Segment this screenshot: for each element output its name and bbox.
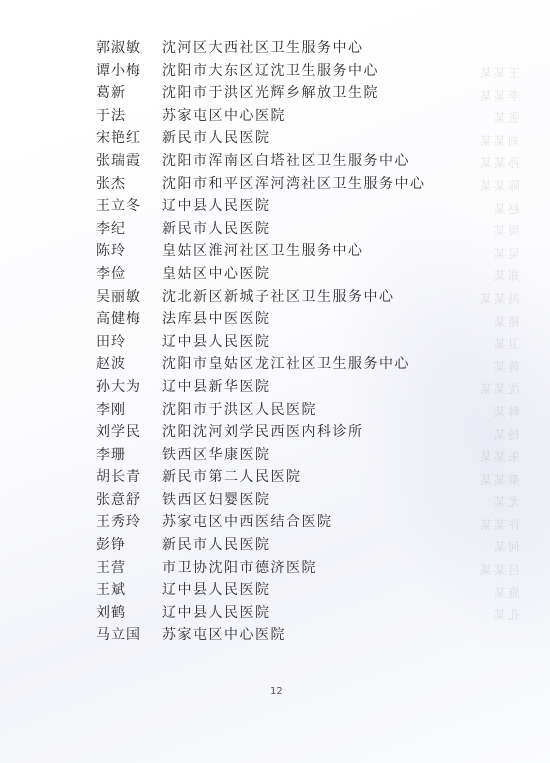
organization: 新民市人民医院 bbox=[162, 127, 271, 150]
person-name: 刘学民 bbox=[96, 421, 162, 444]
list-item: 吴丽敏沈北新区新城子社区卫生服务中心 bbox=[96, 286, 456, 309]
person-name: 王斌 bbox=[96, 579, 162, 602]
person-name: 高健梅 bbox=[96, 308, 162, 331]
organization: 沈阳市浑南区白塔社区卫生服务中心 bbox=[162, 150, 410, 173]
list-item: 刘学民沈阳沈河刘学民西医内科诊所 bbox=[96, 421, 456, 444]
organization: 沈阳市大东区辽沈卫生服务中心 bbox=[162, 60, 379, 83]
organization: 新民市人民医院 bbox=[162, 218, 271, 241]
page-number: 12 bbox=[270, 686, 283, 697]
person-name: 郭淑敏 bbox=[96, 37, 162, 60]
organization: 沈河区大西社区卫生服务中心 bbox=[162, 37, 364, 60]
list-item: 王营市卫协沈阳市德济医院 bbox=[96, 557, 456, 580]
list-item: 王斌辽中县人民医院 bbox=[96, 579, 456, 602]
person-name: 张瑞霞 bbox=[96, 150, 162, 173]
person-name: 葛新 bbox=[96, 82, 162, 105]
organization: 辽中县人民医院 bbox=[162, 602, 271, 625]
organization: 沈北新区新城子社区卫生服务中心 bbox=[162, 286, 395, 309]
person-name: 李刚 bbox=[96, 399, 162, 422]
person-name: 张杰 bbox=[96, 173, 162, 196]
person-name: 于法 bbox=[96, 105, 162, 128]
list-item: 于法苏家屯区中心医院 bbox=[96, 105, 456, 128]
organization: 新民市第二人民医院 bbox=[162, 466, 302, 489]
organization: 辽中县人民医院 bbox=[162, 331, 271, 354]
person-name: 李珊 bbox=[96, 444, 162, 467]
list-item: 李俭皇姑区中心医院 bbox=[96, 263, 456, 286]
organization: 市卫协沈阳市德济医院 bbox=[162, 557, 317, 580]
list-item: 胡长青新民市第二人民医院 bbox=[96, 466, 456, 489]
person-name: 马立国 bbox=[96, 624, 162, 647]
organization: 辽中县人民医院 bbox=[162, 195, 271, 218]
personnel-list: 郭淑敏沈河区大西社区卫生服务中心 谭小梅沈阳市大东区辽沈卫生服务中心 葛新沈阳市… bbox=[96, 37, 456, 647]
person-name: 张意舒 bbox=[96, 489, 162, 512]
list-item: 彭铮新民市人民医院 bbox=[96, 534, 456, 557]
organization: 辽中县人民医院 bbox=[162, 579, 271, 602]
list-item: 张杰沈阳市和平区浑河湾社区卫生服务中心 bbox=[96, 173, 456, 196]
person-name: 王秀玲 bbox=[96, 511, 162, 534]
person-name: 刘鹤 bbox=[96, 602, 162, 625]
person-name: 胡长青 bbox=[96, 466, 162, 489]
organization: 沈阳市于洪区光辉乡解放卫生院 bbox=[162, 82, 379, 105]
person-name: 陈玲 bbox=[96, 240, 162, 263]
person-name: 彭铮 bbox=[96, 534, 162, 557]
person-name: 田玲 bbox=[96, 331, 162, 354]
list-item: 葛新沈阳市于洪区光辉乡解放卫生院 bbox=[96, 82, 456, 105]
person-name: 孙大为 bbox=[96, 376, 162, 399]
organization: 辽中县新华医院 bbox=[162, 376, 271, 399]
person-name: 赵波 bbox=[96, 353, 162, 376]
person-name: 宋艳红 bbox=[96, 127, 162, 150]
list-item: 孙大为辽中县新华医院 bbox=[96, 376, 456, 399]
list-item: 田玲辽中县人民医院 bbox=[96, 331, 456, 354]
list-item: 刘鹤辽中县人民医院 bbox=[96, 602, 456, 625]
organization: 皇姑区淮河社区卫生服务中心 bbox=[162, 240, 364, 263]
person-name: 谭小梅 bbox=[96, 60, 162, 83]
organization: 沈阳市皇姑区龙江社区卫生服务中心 bbox=[162, 353, 410, 376]
organization: 沈阳市于洪区人民医院 bbox=[162, 399, 317, 422]
list-item: 李纪新民市人民医院 bbox=[96, 218, 456, 241]
list-item: 陈玲皇姑区淮河社区卫生服务中心 bbox=[96, 240, 456, 263]
organization: 沈阳沈河刘学民西医内科诊所 bbox=[162, 421, 364, 444]
list-item: 宋艳红新民市人民医院 bbox=[96, 127, 456, 150]
organization: 苏家屯区中心医院 bbox=[162, 624, 286, 647]
person-name: 吴丽敏 bbox=[96, 286, 162, 309]
person-name: 王立冬 bbox=[96, 195, 162, 218]
organization: 沈阳市和平区浑河湾社区卫生服务中心 bbox=[162, 173, 426, 196]
list-item: 赵波沈阳市皇姑区龙江社区卫生服务中心 bbox=[96, 353, 456, 376]
list-item: 李珊铁西区华康医院 bbox=[96, 444, 456, 467]
organization: 铁西区妇婴医院 bbox=[162, 489, 271, 512]
list-item: 王秀玲苏家屯区中西医结合医院 bbox=[96, 511, 456, 534]
organization: 苏家屯区中西医结合医院 bbox=[162, 511, 333, 534]
list-item: 李刚沈阳市于洪区人民医院 bbox=[96, 399, 456, 422]
person-name: 王营 bbox=[96, 557, 162, 580]
organization: 新民市人民医院 bbox=[162, 534, 271, 557]
person-name: 李俭 bbox=[96, 263, 162, 286]
list-item: 王立冬辽中县人民医院 bbox=[96, 195, 456, 218]
organization: 苏家屯区中心医院 bbox=[162, 105, 286, 128]
organization: 铁西区华康医院 bbox=[162, 444, 271, 467]
document-page: 王某某李某某张某刘某某 孙某某陈某某赵某周某 吴某郑某冯某某褚某 卫某蒋某沈某某… bbox=[0, 0, 550, 763]
organization: 法库县中医医院 bbox=[162, 308, 271, 331]
list-item: 张瑞霞沈阳市浑南区白塔社区卫生服务中心 bbox=[96, 150, 456, 173]
organization: 皇姑区中心医院 bbox=[162, 263, 271, 286]
list-item: 张意舒铁西区妇婴医院 bbox=[96, 489, 456, 512]
list-item: 郭淑敏沈河区大西社区卫生服务中心 bbox=[96, 37, 456, 60]
person-name: 李纪 bbox=[96, 218, 162, 241]
list-item: 马立国苏家屯区中心医院 bbox=[96, 624, 456, 647]
list-item: 谭小梅沈阳市大东区辽沈卫生服务中心 bbox=[96, 60, 456, 83]
list-item: 高健梅法库县中医医院 bbox=[96, 308, 456, 331]
